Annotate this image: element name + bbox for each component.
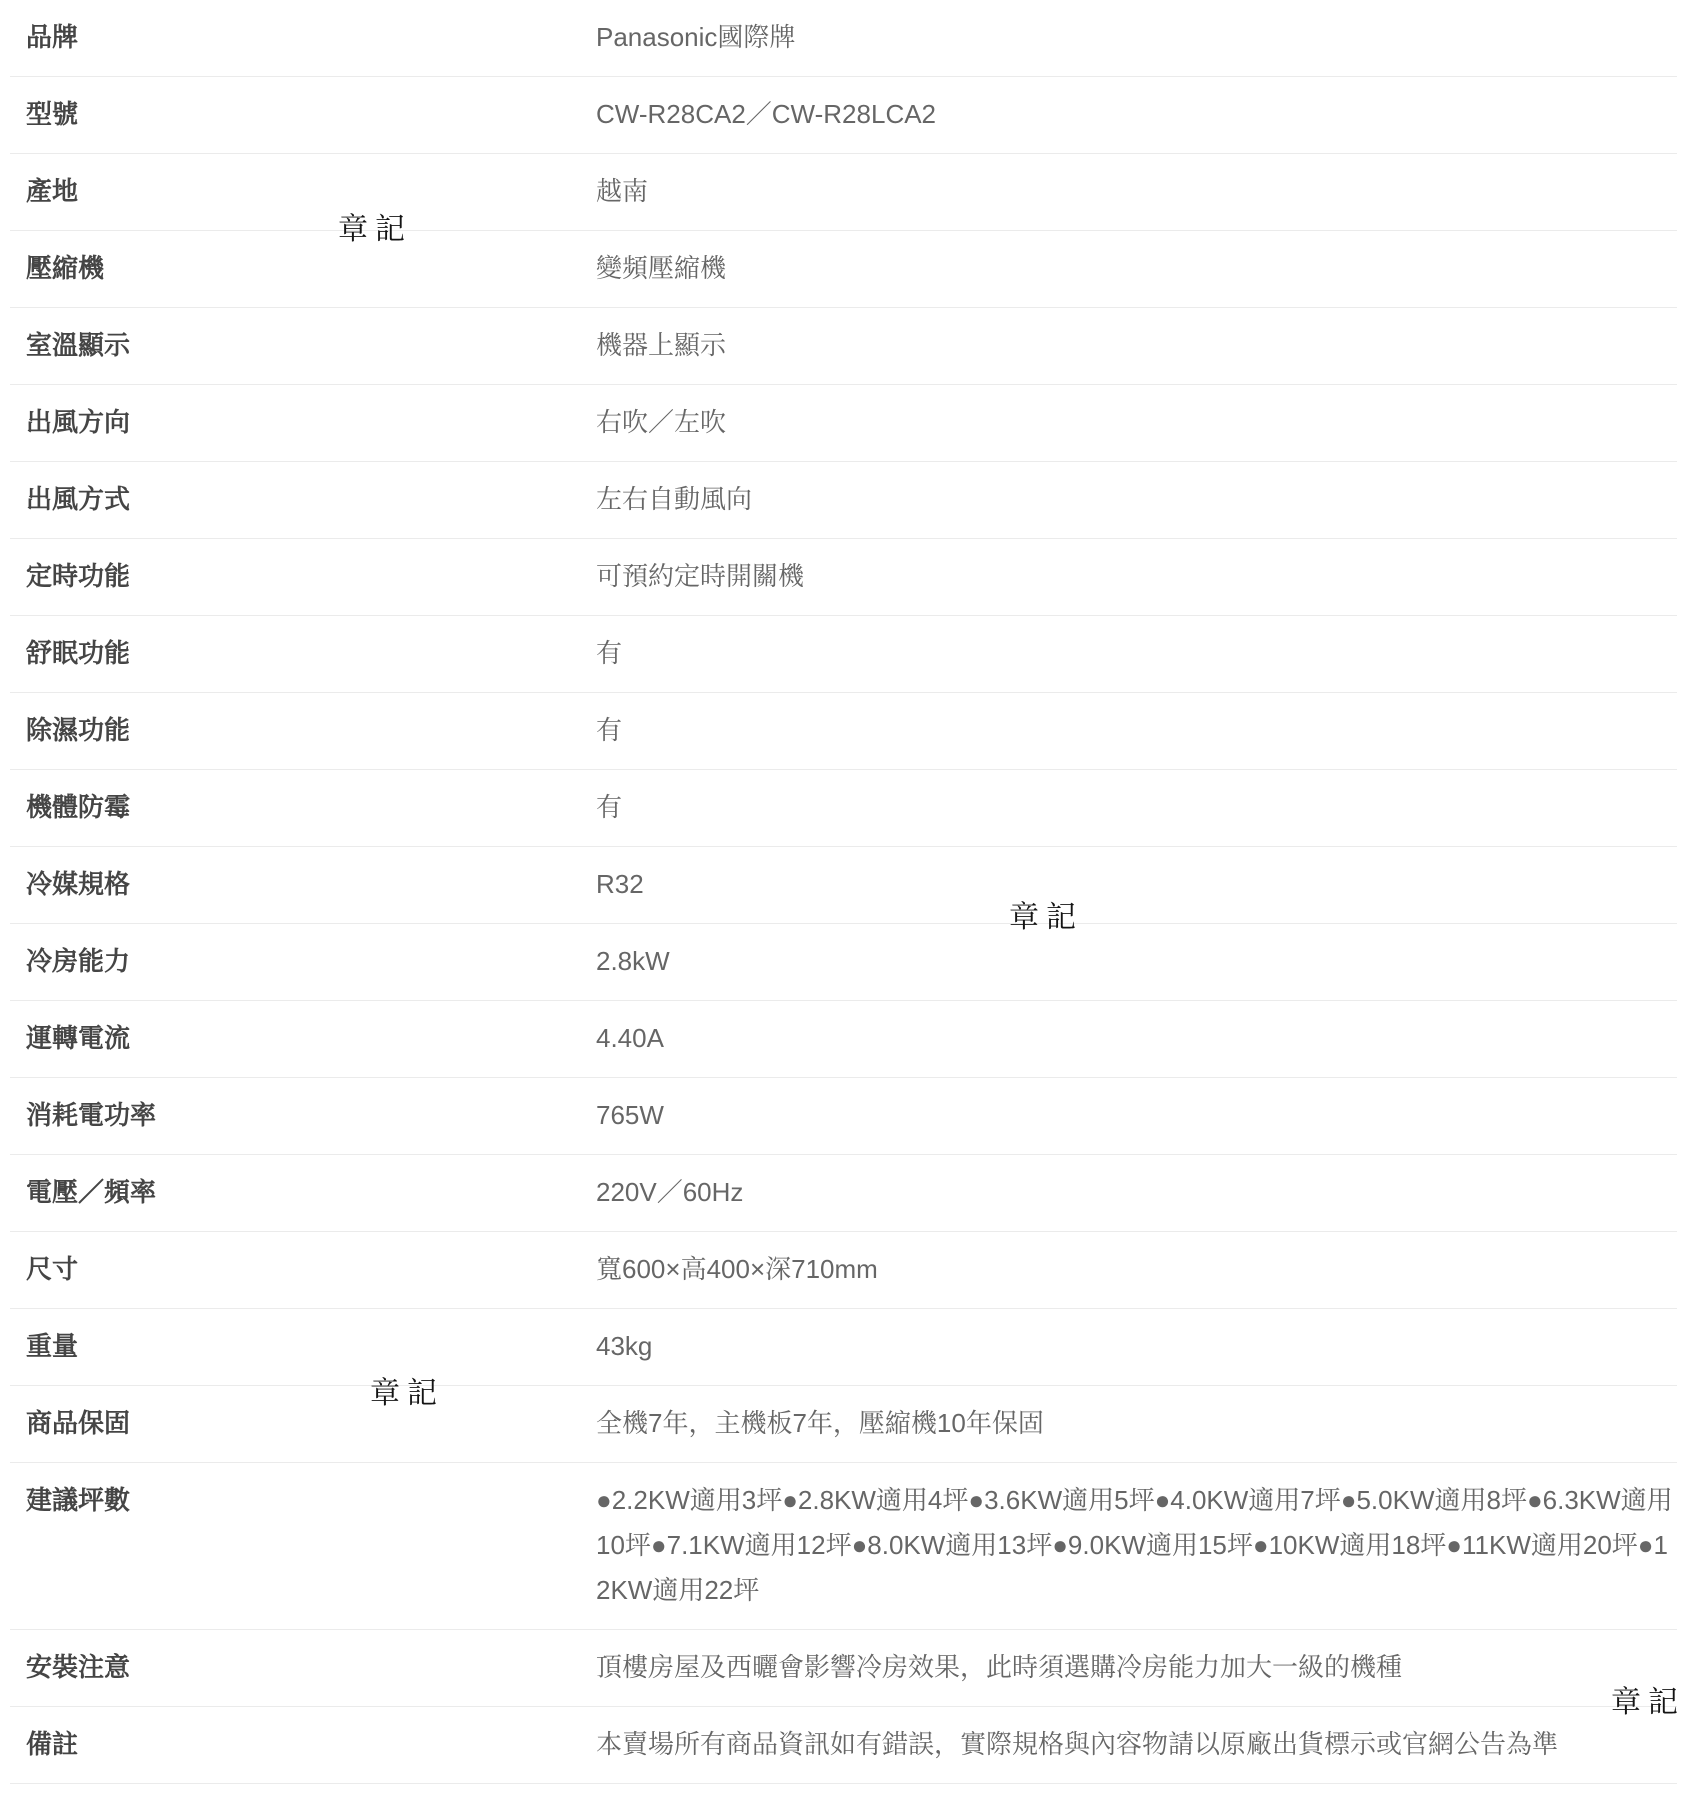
spec-row-label: 品牌 bbox=[10, 15, 596, 60]
spec-row-label: 室溫顯示 bbox=[10, 323, 596, 368]
spec-row: 商品保固 全機7年，主機板7年，壓縮機10年保固 bbox=[10, 1386, 1677, 1463]
spec-row: 出風方向 右吹／左吹 bbox=[10, 385, 1677, 462]
spec-row-label: 運轉電流 bbox=[10, 1016, 596, 1061]
spec-row: 安裝注意 頂樓房屋及西曬會影響冷房效果，此時須選購冷房能力加大一級的機種 bbox=[10, 1630, 1677, 1707]
spec-row-value: 全機7年，主機板7年，壓縮機10年保固 bbox=[596, 1401, 1677, 1446]
spec-row-label: 定時功能 bbox=[10, 554, 596, 599]
spec-row-value: 4.40A bbox=[596, 1016, 1677, 1061]
spec-row: 備註 本賣場所有商品資訊如有錯誤，實際規格與內容物請以原廠出貨標示或官網公告為準 bbox=[10, 1707, 1677, 1784]
spec-row-label: 除濕功能 bbox=[10, 708, 596, 753]
watermark-text: 章記 bbox=[370, 1376, 444, 1412]
spec-row: 尺寸 寬600×高400×深710mm bbox=[10, 1232, 1677, 1309]
spec-row: 運轉電流 4.40A bbox=[10, 1001, 1677, 1078]
spec-row-value: 43kg bbox=[596, 1324, 1677, 1369]
spec-row-value: 機器上顯示 bbox=[596, 323, 1677, 368]
spec-row: 定時功能 可預約定時開關機 bbox=[10, 539, 1677, 616]
spec-row: 消耗電功率 765W bbox=[10, 1078, 1677, 1155]
spec-row-value: 有 bbox=[596, 785, 1677, 830]
spec-row-value: ●2.2KW適用3坪●2.8KW適用4坪●3.6KW適用5坪●4.0KW適用7坪… bbox=[596, 1478, 1677, 1613]
spec-row-value: 2.8kW bbox=[596, 939, 1677, 984]
spec-row-value: 220V／60Hz bbox=[596, 1170, 1677, 1215]
spec-row-label: 商品保固 bbox=[10, 1401, 596, 1446]
spec-row: 重量 43kg bbox=[10, 1309, 1677, 1386]
spec-row: 機體防霉 有 bbox=[10, 770, 1677, 847]
spec-row-value: R32 bbox=[596, 862, 1677, 907]
watermark-text: 章記 bbox=[1009, 900, 1083, 936]
spec-row-label: 尺寸 bbox=[10, 1247, 596, 1292]
spec-row: 出風方式 左右自動風向 bbox=[10, 462, 1677, 539]
spec-row-label: 出風方式 bbox=[10, 477, 596, 522]
spec-row-value: CW-R28CA2／CW-R28LCA2 bbox=[596, 92, 1677, 137]
spec-row-label: 壓縮機 bbox=[10, 246, 596, 291]
spec-row-label: 備註 bbox=[10, 1722, 596, 1767]
spec-row-label: 型號 bbox=[10, 92, 596, 137]
spec-row-label: 建議坪數 bbox=[10, 1478, 596, 1523]
spec-row: 舒眠功能 有 bbox=[10, 616, 1677, 693]
spec-row-value: 變頻壓縮機 bbox=[596, 246, 1677, 291]
spec-row-label: 電壓／頻率 bbox=[10, 1170, 596, 1215]
spec-row-label: 冷房能力 bbox=[10, 939, 596, 984]
spec-row-value: 可預約定時開關機 bbox=[596, 554, 1677, 599]
spec-row: 除濕功能 有 bbox=[10, 693, 1677, 770]
spec-row-value: 右吹／左吹 bbox=[596, 400, 1677, 445]
spec-row-value: 有 bbox=[596, 708, 1677, 753]
spec-row-label: 機體防霉 bbox=[10, 785, 596, 830]
spec-row-label: 重量 bbox=[10, 1324, 596, 1369]
spec-row-value: Panasonic國際牌 bbox=[596, 15, 1677, 60]
spec-row-label: 安裝注意 bbox=[10, 1645, 596, 1690]
spec-row-value: 有 bbox=[596, 631, 1677, 676]
spec-row-label: 出風方向 bbox=[10, 400, 596, 445]
spec-row: 品牌 Panasonic國際牌 bbox=[10, 0, 1677, 77]
spec-row: 冷媒規格 R32 bbox=[10, 847, 1677, 924]
spec-row-value: 765W bbox=[596, 1093, 1677, 1138]
spec-row-value: 越南 bbox=[596, 169, 1677, 214]
product-spec-table: 品牌 Panasonic國際牌 型號 CW-R28CA2／CW-R28LCA2 … bbox=[10, 0, 1677, 1784]
spec-row: 冷房能力 2.8kW bbox=[10, 924, 1677, 1001]
spec-row-value: 左右自動風向 bbox=[596, 477, 1677, 522]
spec-row-label: 消耗電功率 bbox=[10, 1093, 596, 1138]
spec-row-value: 本賣場所有商品資訊如有錯誤，實際規格與內容物請以原廠出貨標示或官網公告為準 bbox=[596, 1722, 1677, 1767]
watermark-text: 章記 bbox=[338, 212, 412, 248]
spec-row-value: 頂樓房屋及西曬會影響冷房效果，此時須選購冷房能力加大一級的機種 bbox=[596, 1645, 1677, 1690]
spec-row: 型號 CW-R28CA2／CW-R28LCA2 bbox=[10, 77, 1677, 154]
spec-row: 建議坪數 ●2.2KW適用3坪●2.8KW適用4坪●3.6KW適用5坪●4.0K… bbox=[10, 1463, 1677, 1630]
spec-row-label: 產地 bbox=[10, 169, 596, 214]
spec-row-label: 冷媒規格 bbox=[10, 862, 596, 907]
spec-row: 室溫顯示 機器上顯示 bbox=[10, 308, 1677, 385]
spec-row: 產地 越南 bbox=[10, 154, 1677, 231]
spec-row-value: 寬600×高400×深710mm bbox=[596, 1247, 1677, 1292]
spec-row-label: 舒眠功能 bbox=[10, 631, 596, 676]
spec-row: 電壓／頻率 220V／60Hz bbox=[10, 1155, 1677, 1232]
watermark-text: 章記 bbox=[1611, 1685, 1685, 1721]
spec-row: 壓縮機 變頻壓縮機 bbox=[10, 231, 1677, 308]
